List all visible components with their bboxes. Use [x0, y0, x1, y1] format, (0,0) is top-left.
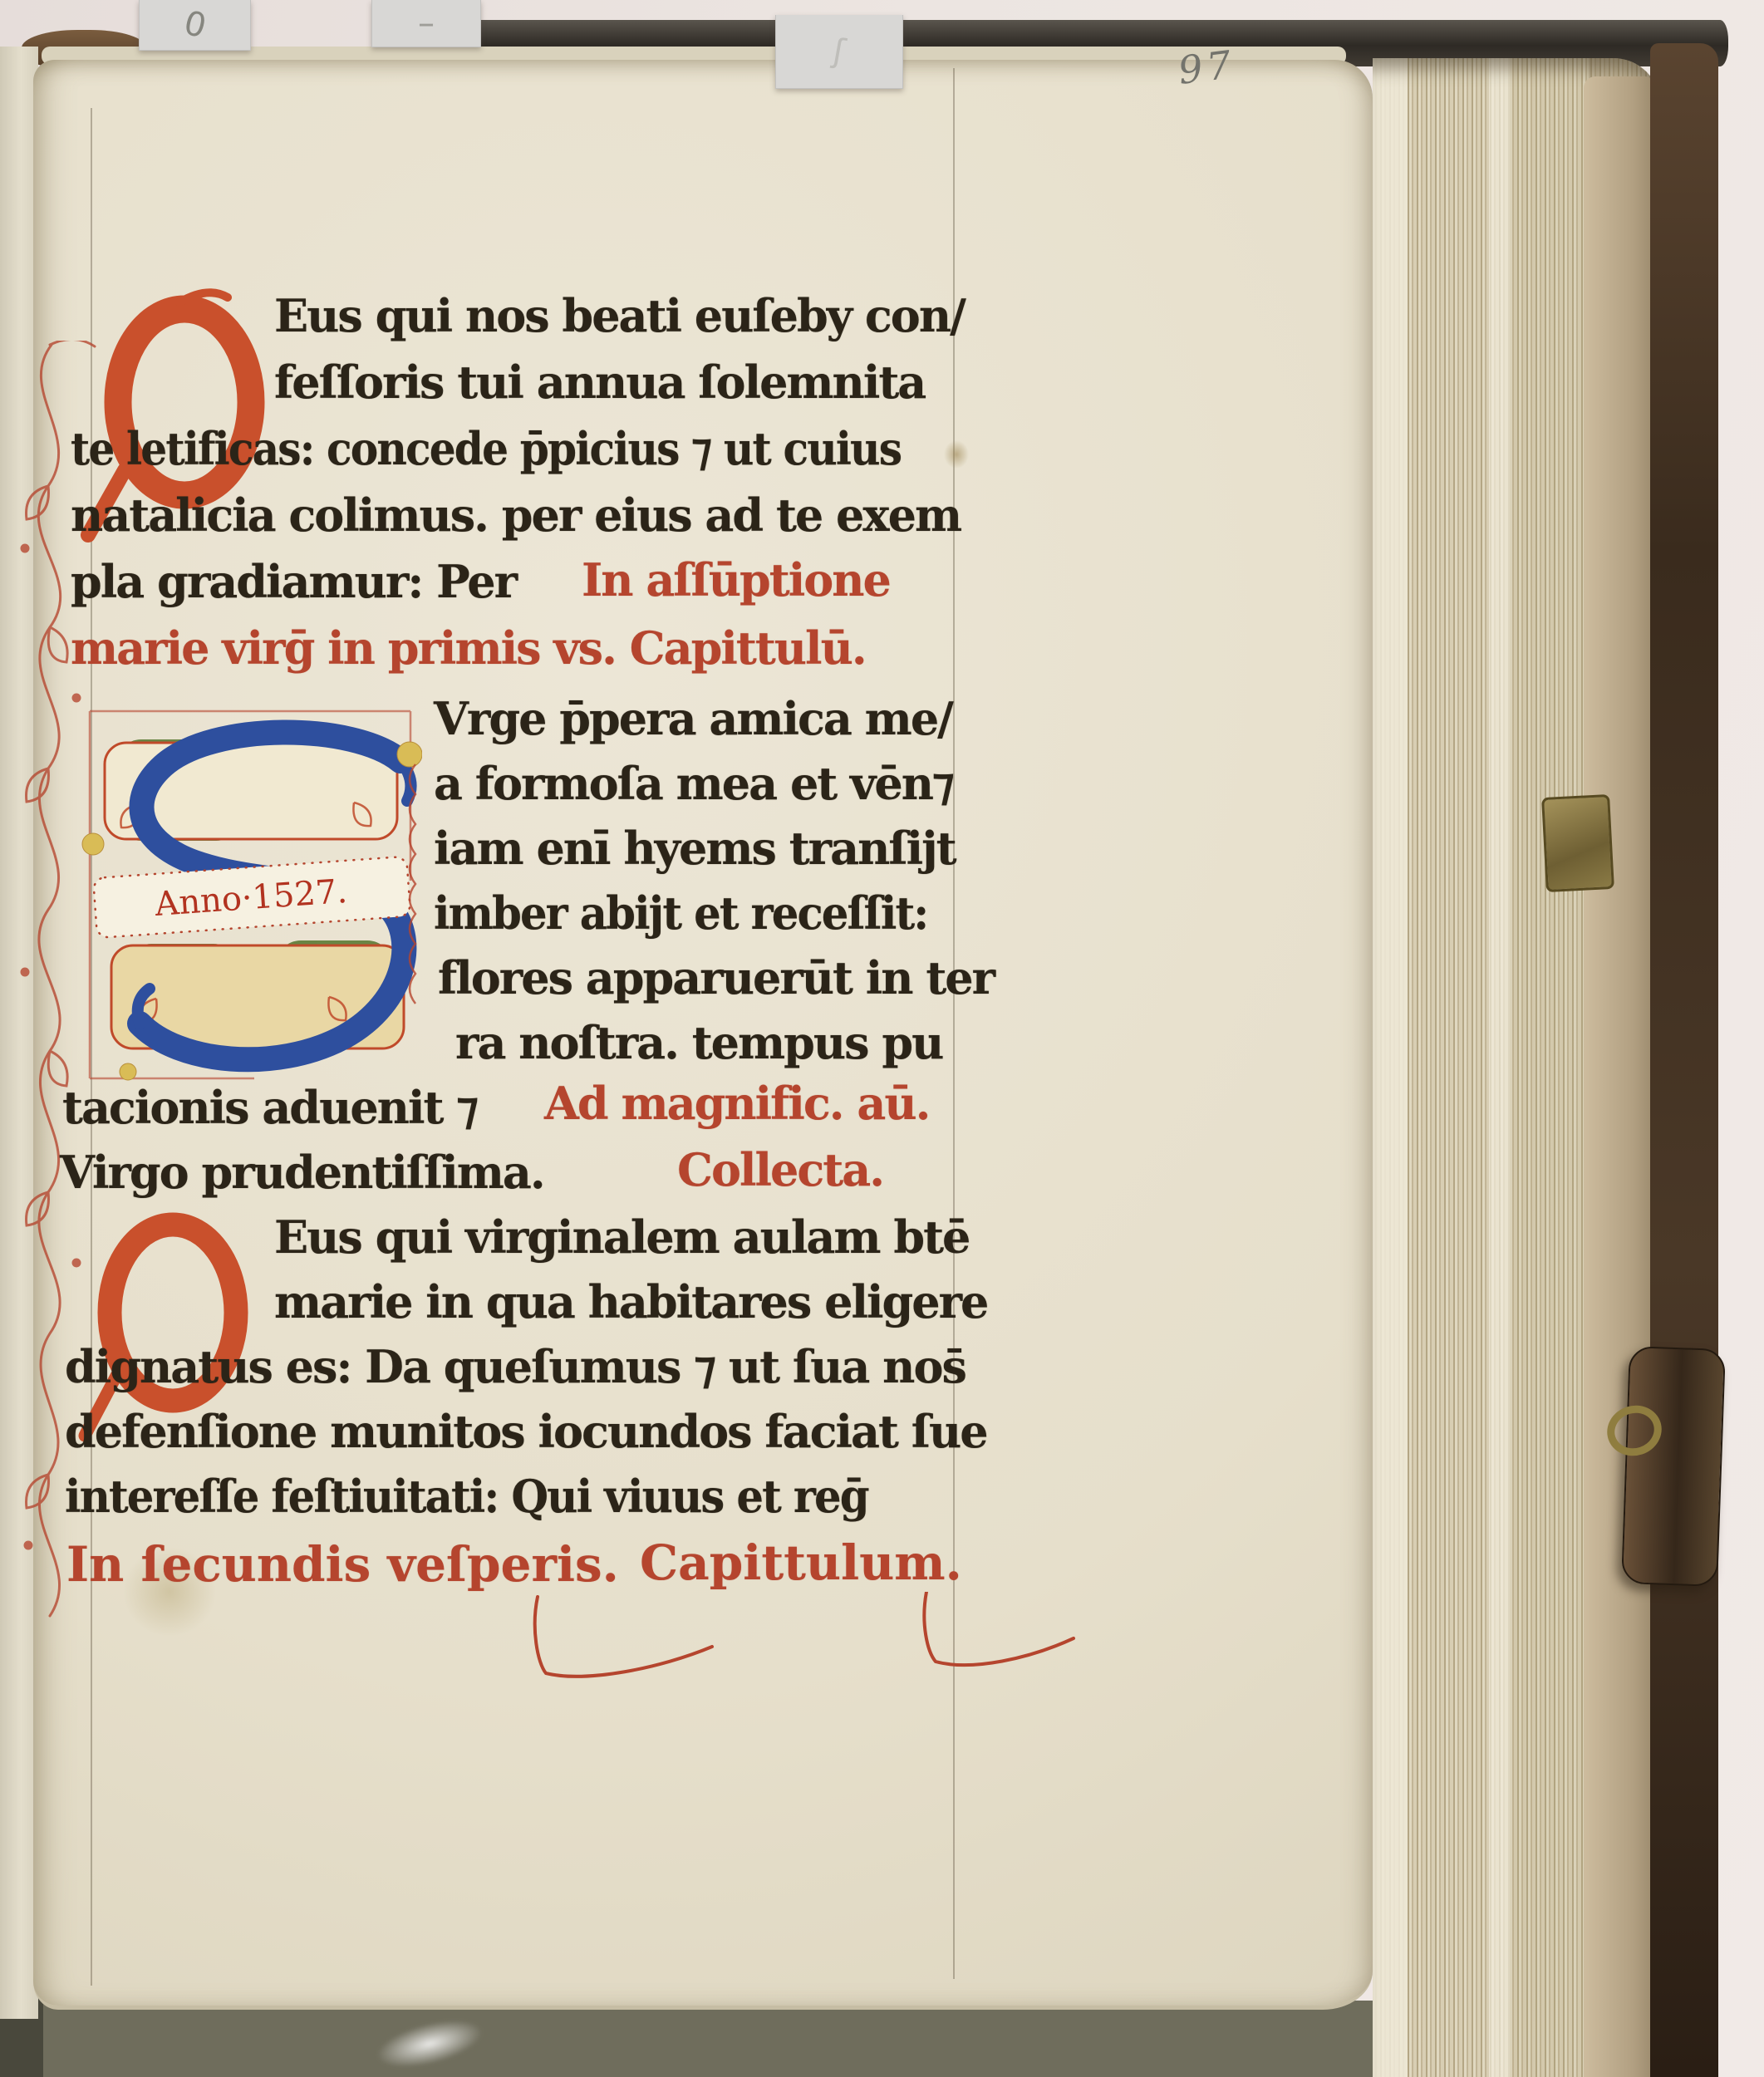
text-line: ra noſtra. tempus pu	[455, 1018, 942, 1068]
rubric-line: Ad magnific. aū.	[544, 1078, 929, 1128]
ruled-line-right	[953, 68, 955, 1979]
text-line: intereſſe feſtiuitati: Qui viuus et reḡ	[65, 1471, 868, 1521]
rubric-line: In aſſūptione	[582, 555, 890, 605]
rubric-flourish-right	[881, 1592, 1080, 1679]
text-line: feſſoris tui annua ſolemnita	[274, 357, 925, 407]
index-tab-3-label: ʃ	[830, 32, 848, 71]
rubric-line: Collecta.	[677, 1145, 883, 1195]
clasp-catch	[1541, 794, 1614, 892]
text-line: pla gradiamur: Per	[71, 557, 516, 606]
text-line: te letificas: concede p̄picius ⁊ ut cuiu…	[71, 424, 901, 474]
rubric-flourish-left	[494, 1595, 719, 1691]
index-tab-3: ʃ	[775, 15, 903, 89]
text-line: dignatus es: Da queſumus ⁊ ut ſua nos̄	[65, 1342, 966, 1392]
leather-board-edge	[1650, 43, 1718, 2077]
index-tab-2: –	[371, 0, 481, 47]
index-tab-1: 0	[139, 0, 251, 51]
text-line: Eus qui virginalem aulam btē	[274, 1212, 969, 1262]
rubric-line: marie virḡ in primis vs. Capittulū.	[71, 623, 866, 673]
folio-number: 97	[1176, 42, 1238, 93]
text-line: defenſione munitos iocundos faciat ſue	[65, 1407, 987, 1456]
initial-s-illuminated: Anno·1527.	[80, 706, 422, 1082]
text-line: iam enī hyems tranſijt	[434, 823, 956, 873]
text-line: Virgo prudentiſſima.	[60, 1147, 544, 1197]
text-line: a formoſa mea et vēn⁊	[434, 759, 953, 808]
rubric-line: In ſecundis veſperis.	[66, 1538, 619, 1592]
rubric-line: Capittulum.	[640, 1536, 962, 1590]
text-line: Vrge p̄pera amica me/	[434, 694, 952, 744]
text-line: flores apparuerūt in ter	[438, 953, 994, 1003]
index-tab-1-label: 0	[180, 4, 210, 47]
text-line: imber abijt et receſſit:	[434, 888, 927, 938]
text-line: marie in qua habitares eligere	[274, 1277, 987, 1327]
parchment-spot	[944, 440, 969, 469]
manuscript-photo: 0 – ʃ 97	[0, 0, 1764, 2077]
backdrop-table	[0, 2001, 1413, 2077]
index-tab-2-label: –	[418, 4, 435, 42]
clasp-strap	[1621, 1346, 1726, 1587]
text-line: natalicia colimus. per eius ad te exem	[71, 490, 961, 540]
text-line: tacionis aduenit ⁊	[62, 1083, 477, 1132]
cover-inner-suede	[1584, 76, 1653, 2077]
text-line: Eus qui nos beati euſeby con/	[274, 291, 965, 341]
